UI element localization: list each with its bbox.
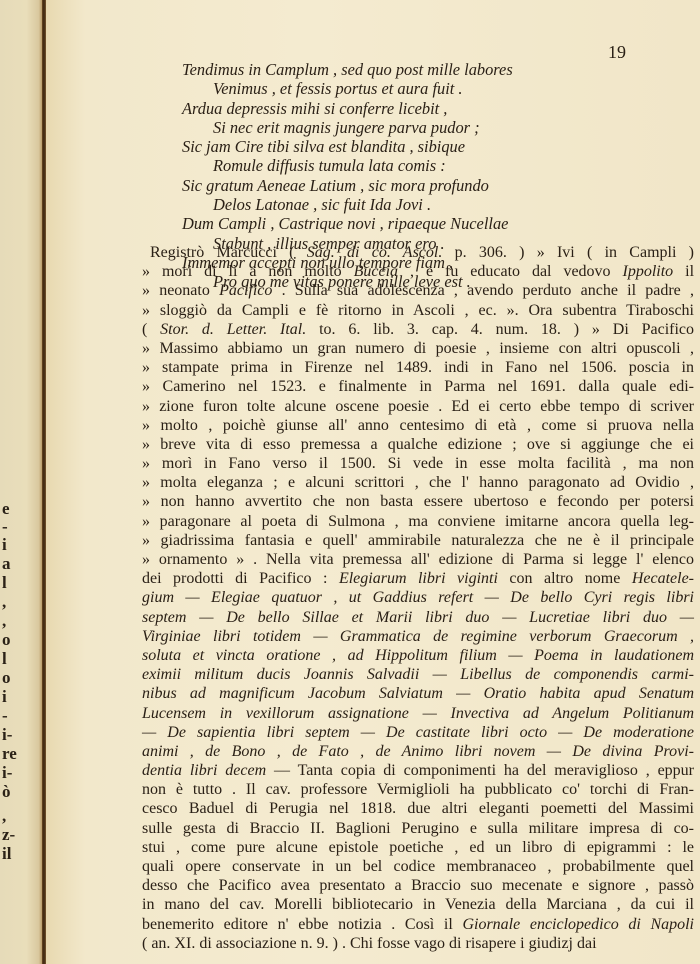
text-run: sulle gesta di Braccio II. Baglioni Peru… [142,820,694,837]
text-run: » sloggiò da Campli e fè ritorno in Asco… [142,302,694,319]
text-run: » Massimo abbiamo un gran numero di poes… [142,340,694,357]
text-line: — De sapientia libri septem — De castita… [142,723,694,742]
text-run: desso che Pacifico avea presentato a Bra… [142,877,694,894]
text-run: » non hanno avvertito che non basta esse… [142,493,694,510]
verse-line: Dum Campli , Castrique novi , ripaeque N… [182,214,700,233]
text-line: » ornamento » . Nella vita premessa all'… [142,550,694,569]
text-run: — Tanta copia di componimenti ha del mer… [266,762,694,779]
book-page: 19 Tendimus in Camplum , sed quo post mi… [46,0,700,964]
verse-line: Tendimus in Camplum , sed quo post mille… [182,60,700,79]
text-run: » paragonare al poeta di Sulmona , ma co… [142,513,694,530]
text-line: Registrò Marcucci ( Sag. di co. Ascol. p… [142,243,694,262]
italic-title: Hecatele- [632,570,694,587]
text-line: » molto , poichè giunse all' anno centes… [142,416,694,435]
italic-title: Ippolito [623,263,674,280]
text-line: quali opere conservate in un bel codice … [142,857,694,876]
italic-title: soluta et vincta oratione , ad Hippolitu… [142,647,694,664]
text-run: Registrò Marcucci ( [150,244,307,261]
text-line: dentia libri decem — Tanta copia di comp… [142,761,694,780]
text-line: Lucensem in vexillorum assignatione — In… [142,704,694,723]
text-line: Virginiae libri totidem — Grammatica de … [142,627,694,646]
previous-page-edge: e-ial,,oloi-i-rei-ò,z-il [0,0,44,964]
text-run: » ornamento » . Nella vita premessa all'… [142,551,694,568]
text-run: non è tutto . Il cav. professore Vermigl… [142,781,694,798]
text-run: , e fu educato dal vedovo [398,263,622,280]
text-run: » morì di lì a non molto [142,263,354,280]
text-run: » morì in Fano verso il 1500. Si vede in… [142,455,694,472]
text-run: il [673,263,694,280]
text-line: eximii militum ducis Joannis Salvadii — … [142,665,694,684]
text-run: » Camerino nel 1523. e finalmente in Par… [142,378,694,395]
verse-line: Venimus , et fessis portus et aura fuit … [182,79,700,98]
italic-title: Lucensem in vexillorum assignatione — In… [142,705,694,722]
text-line: » non hanno avvertito che non basta esse… [142,492,694,511]
verse-line: Sic jam Cire tibi silva est blandita , s… [182,137,700,156]
italic-title: gium — Elegiae quatuor , ut Gaddius refe… [142,589,694,606]
text-line: » paragonare al poeta di Sulmona , ma co… [142,512,694,531]
italic-title: Virginiae libri totidem — Grammatica de … [142,628,694,645]
verse-line: Sic gratum Aeneae Latium , sic mora prof… [182,176,700,195]
text-run: dei prodotti di Pacifico : [142,570,339,587]
text-line: » zione furon tolte alcune oscene poesie… [142,397,694,416]
previous-page-text-fragment: ò [2,781,24,803]
text-run: to. 6. lib. 3. cap. 4. num. 18. ) » Di P… [306,321,694,338]
text-run: » molto , poichè giunse all' anno centes… [142,417,694,434]
text-run: p. 306. ) » Ivi ( in Campli ) [442,244,694,261]
text-line: animi , de Bono , de Fato , de Animo lib… [142,742,694,761]
italic-title: — De sapientia libri septem — De castita… [142,724,694,741]
text-line: nibus ad magnificum Jacobum Salviatum — … [142,684,694,703]
body-text: Registrò Marcucci ( Sag. di co. Ascol. p… [142,243,694,953]
text-line: desso che Pacifico avea presentato a Bra… [142,876,694,895]
text-line: » morì di lì a non molto Buccia , e fu e… [142,262,694,281]
text-run: ( [142,321,160,338]
italic-title: eximii militum ducis Joannis Salvadii — … [142,666,694,683]
verse-line: Ardua depressis mihi si conferre licebit… [182,99,700,118]
text-run: » stampate prima in Firenze nel 1489. in… [142,359,694,376]
text-run: . Sulla sua adolescenza , avendo perduto… [272,282,694,299]
text-run: quali opere conservate in un bel codice … [142,858,694,875]
text-line: » Massimo abbiamo un gran numero di poes… [142,339,694,358]
text-line: » Camerino nel 1523. e finalmente in Par… [142,377,694,396]
text-line: benemerito editore n' ebbe notizia . Cos… [142,915,694,934]
verse-line: Delos Latonae , sic fuit Ida Jovi . [182,195,700,214]
text-run: » giadrissima fantasia e quell' ammirabi… [142,532,694,549]
text-run: » molta eleganza ; e alcuni scrittori , … [142,474,694,491]
italic-title: Giornale enciclopedico di Napoli [462,916,694,933]
text-run: stui , come pure alcune epistole poetich… [142,839,694,856]
text-line: » giadrissima fantasia e quell' ammirabi… [142,531,694,550]
previous-page-text-fragment: il [2,843,24,865]
text-line: gium — Elegiae quatuor , ut Gaddius refe… [142,588,694,607]
text-line: sulle gesta di Braccio II. Baglioni Peru… [142,819,694,838]
italic-title: Buccia [354,263,398,280]
text-line: » sloggiò da Campli e fè ritorno in Asco… [142,301,694,320]
text-line: ( Stor. d. Letter. Ital. to. 6. lib. 3. … [142,320,694,339]
italic-title: Elegiarum libri viginti [339,570,498,587]
text-line: stui , come pure alcune epistole poetich… [142,838,694,857]
text-line: in mano del cav. Morelli bibliotecario i… [142,895,694,914]
text-line: dei prodotti di Pacifico : Elegiarum lib… [142,569,694,588]
italic-title: dentia libri decem [142,762,266,779]
text-run: benemerito editore n' ebbe notizia . Cos… [142,916,462,933]
text-line: » molta eleganza ; e alcuni scrittori , … [142,473,694,492]
text-run: con altro nome [498,570,632,587]
italic-title: septem — De bello Sillae et Marii libri … [142,609,694,626]
text-line: » stampate prima in Firenze nel 1489. in… [142,358,694,377]
text-line: » morì in Fano verso il 1500. Si vede in… [142,454,694,473]
text-run: » neonato [142,282,219,299]
verse-line: Si nec erit magnis jungere parva pudor ; [182,118,700,137]
text-run: cesco Baduel di Perugia nel 1818. due al… [142,800,694,817]
text-line: cesco Baduel di Perugia nel 1818. due al… [142,799,694,818]
text-line: ( an. XI. di associazione n. 9. ) . Chi … [142,934,694,953]
text-line: soluta et vincta oratione , ad Hippolitu… [142,646,694,665]
text-run: » zione furon tolte alcune oscene poesie… [142,398,694,415]
text-line: septem — De bello Sillae et Marii libri … [142,608,694,627]
text-line: » neonato Pacifico . Sulla sua adolescen… [142,281,694,300]
italic-title: nibus ad magnificum Jacobum Salviatum — … [142,685,694,702]
text-run: ( an. XI. di associazione n. 9. ) . Chi … [142,935,597,952]
text-line: » breve vita di esso premessa a qualche … [142,435,694,454]
italic-title: Sag. di co. Ascol. [307,244,443,261]
text-line: non è tutto . Il cav. professore Vermigl… [142,780,694,799]
text-run: » breve vita di esso premessa a qualche … [142,436,694,453]
italic-title: Stor. d. Letter. Ital. [160,321,306,338]
italic-title: animi , de Bono , de Fato , de Animo lib… [142,743,694,760]
verse-line: Romule diffusis tumula lata comis : [182,156,700,175]
text-run: in mano del cav. Morelli bibliotecario i… [142,896,694,913]
italic-title: Pacifico [219,282,272,299]
